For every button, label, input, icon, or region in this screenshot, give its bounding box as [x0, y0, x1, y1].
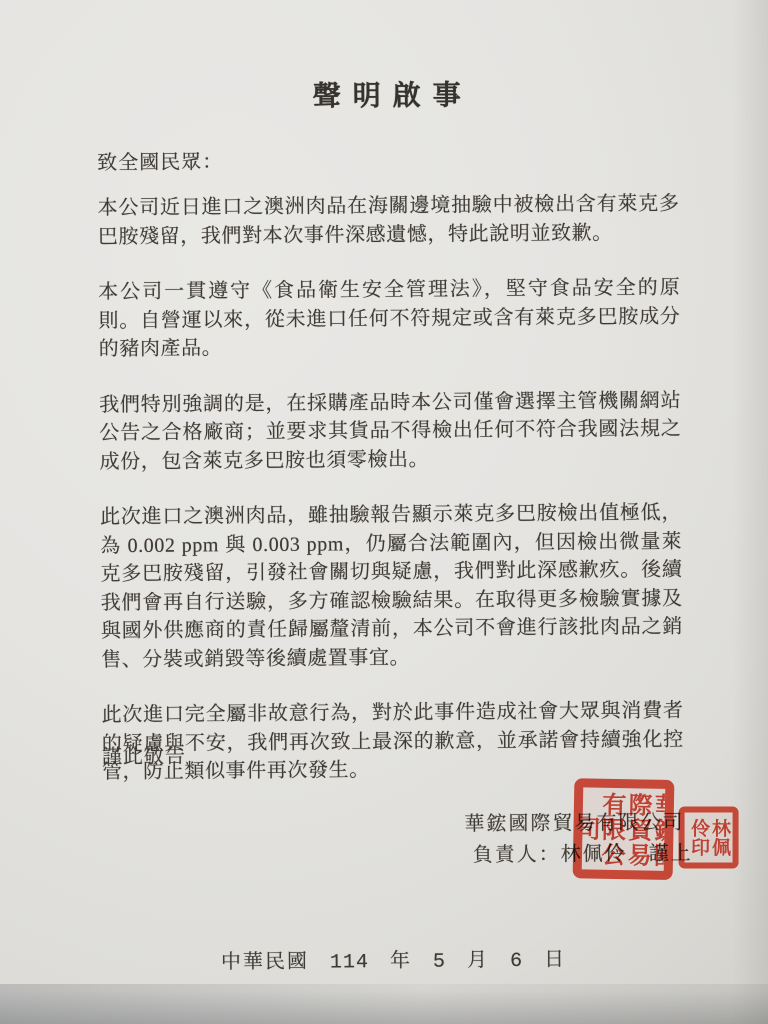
date-month-unit: 月: [467, 943, 489, 972]
date-year: 114: [330, 951, 369, 974]
company-seal-text: 華鋐國 際貿易 有限公司: [573, 787, 675, 871]
document-title: 聲明啟事: [97, 72, 677, 117]
closing-line: 謹此敬告: [102, 740, 186, 770]
paragraph-incident: 本公司近日進口之澳洲肉品在海關邊境抽驗中被檢出含有萊克多巴胺殘留，我們對本次事件…: [97, 190, 679, 252]
date-month: 5: [433, 951, 446, 974]
company-seal-stamp-icon: 華鋐國 際貿易 有限公司: [573, 778, 675, 880]
paragraph-apology: 此次進口完全屬非故意行為，對於此事件造成社會大眾與消費者的疑慮與不安，我們再次致…: [101, 697, 684, 787]
personal-seal-column: 林佩: [709, 818, 729, 856]
personal-seal-stamp-icon: 林佩 伶印: [679, 806, 739, 868]
personal-seal-text: 林佩 伶印: [687, 818, 730, 856]
date-line: 中華民國 114 年 5 月 6 日: [103, 942, 683, 977]
date-year-unit: 年: [390, 944, 412, 973]
document-photo: 聲明啟事 致全國民眾： 本公司近日進口之澳洲肉品在海關邊境抽驗中被檢出含有萊克多…: [0, 0, 768, 1024]
company-seal-column: 際貿易: [623, 788, 650, 870]
paper-sheet: 聲明啟事 致全國民眾： 本公司近日進口之澳洲肉品在海關邊境抽驗中被檢出含有萊克多…: [0, 0, 768, 1024]
company-seal-column: 有限公司: [573, 787, 624, 870]
date-day: 6: [510, 950, 523, 973]
paragraph-compliance: 本公司一貫遵守《食品衛生安全管理法》，堅守食品安全的原則。自營運以來，從未進口任…: [98, 274, 681, 364]
date-day-unit: 日: [544, 943, 566, 972]
salutation-line: 致全國民眾：: [97, 145, 223, 175]
paragraph-test-results: 此次進口之澳洲肉品，雖抽驗報告顯示萊克多巴胺檢出值極低，為 0.002 ppm …: [100, 499, 683, 675]
paragraph-procurement: 我們特別強調的是，在採購產品時本公司僅會選擇主管機關網站公告之合格廠商；並要求其…: [99, 386, 682, 476]
document-body: 本公司近日進口之澳洲肉品在海關邊境抽驗中被檢出含有萊克多巴胺殘留，我們對本次事件…: [97, 190, 684, 814]
personal-seal-column: 伶印: [688, 818, 708, 856]
date-era: 中華民國: [221, 945, 309, 975]
company-seal-column: 華鋐國: [649, 789, 674, 871]
